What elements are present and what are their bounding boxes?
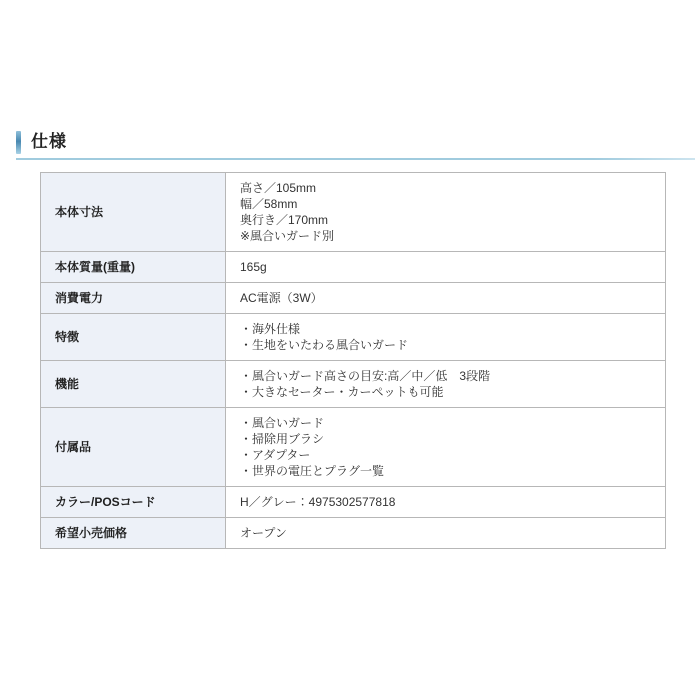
table-row: カラー/POSコードH／グレー：4975302577818	[41, 487, 666, 518]
table-row: 機能・風合いガード高さの目安:高／中／低 3段階・大きなセーター・カーペットも可…	[41, 361, 666, 408]
row-label-cell: 消費電力	[41, 283, 226, 314]
row-value-cell: オープン	[226, 518, 666, 549]
row-value-cell: AC電源（3W）	[226, 283, 666, 314]
row-label-cell: 本体寸法	[41, 173, 226, 252]
table-row: 消費電力AC電源（3W）	[41, 283, 666, 314]
value-line: H／グレー：4975302577818	[240, 494, 651, 510]
value-line: ※風合いガード別	[240, 228, 651, 244]
row-value-cell: H／グレー：4975302577818	[226, 487, 666, 518]
value-line: オープン	[240, 525, 651, 541]
value-line: ・アダプター	[240, 447, 651, 463]
table-row: 希望小売価格オープン	[41, 518, 666, 549]
value-line: 高さ／105mm	[240, 180, 651, 196]
section-title: 仕様	[31, 130, 67, 154]
row-value-cell: ・風合いガード・掃除用ブラシ・アダプター・世界の電圧とプラグ一覧	[226, 408, 666, 487]
row-label-cell: 希望小売価格	[41, 518, 226, 549]
value-line: AC電源（3W）	[240, 290, 651, 306]
value-line: ・風合いガード高さの目安:高／中／低 3段階	[240, 368, 651, 384]
row-label-cell: カラー/POSコード	[41, 487, 226, 518]
spec-table: 本体寸法高さ／105mm幅／58mm奥行き／170mm※風合いガード別本体質量(…	[40, 172, 666, 549]
value-line: ・生地をいたわる風合いガード	[240, 337, 651, 353]
value-line: ・大きなセーター・カーペットも可能	[240, 384, 651, 400]
section-underline	[16, 158, 695, 160]
table-row: 特徴・海外仕様・生地をいたわる風合いガード	[41, 314, 666, 361]
value-line: 幅／58mm	[240, 196, 651, 212]
row-value-cell: 高さ／105mm幅／58mm奥行き／170mm※風合いガード別	[226, 173, 666, 252]
page-root: 仕様 本体寸法高さ／105mm幅／58mm奥行き／170mm※風合いガード別本体…	[0, 0, 699, 699]
section-accent-bar	[16, 131, 21, 154]
table-row: 付属品・風合いガード・掃除用ブラシ・アダプター・世界の電圧とプラグ一覧	[41, 408, 666, 487]
row-label-cell: 特徴	[41, 314, 226, 361]
section-header: 仕様	[16, 130, 67, 154]
row-value-cell: ・風合いガード高さの目安:高／中／低 3段階・大きなセーター・カーペットも可能	[226, 361, 666, 408]
table-row: 本体寸法高さ／105mm幅／58mm奥行き／170mm※風合いガード別	[41, 173, 666, 252]
spec-table-body: 本体寸法高さ／105mm幅／58mm奥行き／170mm※風合いガード別本体質量(…	[41, 173, 666, 549]
row-label-cell: 付属品	[41, 408, 226, 487]
value-line: 奥行き／170mm	[240, 212, 651, 228]
value-line: ・世界の電圧とプラグ一覧	[240, 463, 651, 479]
value-line: ・海外仕様	[240, 321, 651, 337]
value-line: ・風合いガード	[240, 415, 651, 431]
value-line: 165g	[240, 259, 651, 275]
row-value-cell: ・海外仕様・生地をいたわる風合いガード	[226, 314, 666, 361]
value-line: ・掃除用ブラシ	[240, 431, 651, 447]
table-row: 本体質量(重量)165g	[41, 252, 666, 283]
row-value-cell: 165g	[226, 252, 666, 283]
row-label-cell: 本体質量(重量)	[41, 252, 226, 283]
row-label-cell: 機能	[41, 361, 226, 408]
